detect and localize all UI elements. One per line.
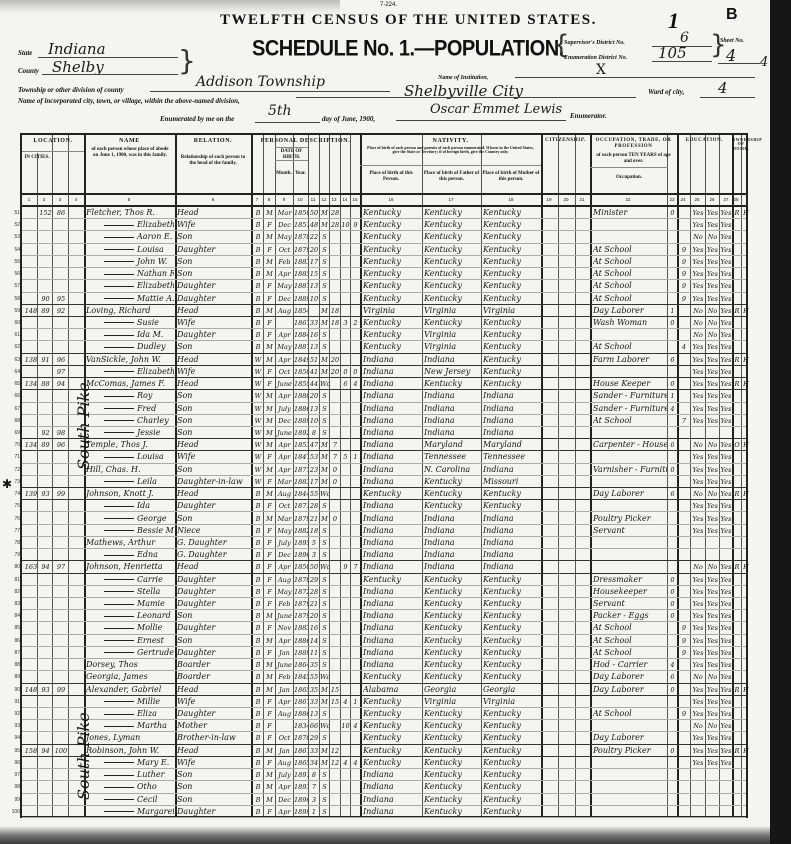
children-living-cell: 1 [351, 451, 360, 463]
relation-cell: G. Daughter [177, 537, 250, 549]
read-cell: No [691, 671, 705, 683]
relation-cell: Son [177, 415, 250, 427]
ward-underline [700, 97, 755, 98]
write-cell: Yes [706, 268, 719, 280]
occupation-cell: Minister [593, 207, 667, 219]
sex-cell: M [264, 439, 275, 451]
in-cities-header: IN CITIES. [22, 155, 52, 161]
write-cell: Yes [706, 403, 719, 415]
name-cell: Carrie [86, 574, 174, 586]
school-cell: 9 [678, 622, 690, 634]
relation-cell: Daughter [177, 244, 250, 256]
birth-cell: Indiana [363, 415, 421, 427]
sex-cell: F [264, 696, 275, 708]
table-row: 5115286Fletcher, Thos R.HeadBMMar185050M… [22, 207, 746, 219]
house-cell: 148 [24, 684, 38, 696]
mother-cell: Kentucky [483, 635, 540, 647]
relation-cell: Son [177, 635, 250, 647]
line-number: 76 [8, 516, 20, 522]
name-cell: Aaron E. [86, 231, 174, 243]
unemployed-cell: 6 [668, 354, 677, 366]
year-cell: 1879 [294, 598, 308, 610]
english-cell: Yes [720, 513, 732, 525]
month-cell: May [276, 280, 293, 292]
ditto-dash [104, 261, 134, 262]
read-cell: No [691, 488, 705, 500]
sex-cell: F [264, 329, 275, 341]
sex-cell: M [264, 745, 275, 757]
table-row: 91MillieWifeBFApr186733M1541KentuckyVirg… [22, 696, 746, 708]
column-number: 21 [577, 197, 587, 202]
birth-cell: Indiana [363, 403, 421, 415]
sex-cell: F [264, 244, 275, 256]
month-cell: Oct [276, 366, 293, 378]
english-cell: Yes [720, 439, 732, 451]
birth-cell: Indiana [363, 378, 421, 390]
color-cell: B [253, 757, 263, 769]
name-cell: Otho [86, 781, 174, 793]
birth-cell: Indiana [363, 537, 421, 549]
english-cell: Yes [720, 207, 732, 219]
marital-cell: M [320, 757, 329, 769]
line-number: 86 [8, 638, 20, 644]
color-cell: W [253, 403, 263, 415]
person-name: Elizabeth [137, 281, 174, 290]
birth-cell: Kentucky [363, 574, 421, 586]
month-cell: Mar [276, 476, 293, 488]
person-name: George [137, 514, 167, 523]
month-cell: Aug [276, 488, 293, 500]
person-name: Margaret [137, 807, 174, 816]
children-born-cell: 4 [341, 696, 350, 708]
age-cell: 16 [309, 622, 319, 634]
children-born-cell: 10 [341, 219, 350, 231]
age-cell: 20 [309, 390, 319, 402]
table-row: 6497Elizabeth E.WifeWFOct185841M2000Indi… [22, 366, 746, 378]
sex-cell: F [264, 757, 275, 769]
relation-cell: Daughter [177, 329, 250, 341]
relation-cell: Head [177, 354, 250, 366]
name-cell: Louisa [86, 244, 174, 256]
person-name: Ernest [137, 636, 164, 645]
year-cell: 1892 [294, 427, 308, 439]
table-row: 89Georgia, JamesBoarderBMFeb184555WdKent… [22, 671, 746, 683]
color-cell: B [253, 794, 263, 806]
line-number: 68 [8, 418, 20, 424]
name-cell: Louisa [86, 451, 174, 463]
sex-cell: M [264, 305, 275, 317]
sex-cell: M [264, 268, 275, 280]
years-married-cell: 15 [330, 696, 340, 708]
marital-cell: S [320, 635, 329, 647]
age-cell: 55 [309, 671, 319, 683]
relation-cell: Daughter [177, 574, 250, 586]
color-cell: W [253, 427, 263, 439]
father-cell: Indiana [424, 403, 480, 415]
age-cell: 22 [309, 231, 319, 243]
unemployed-cell: 0 [668, 574, 677, 586]
color-cell: B [253, 537, 263, 549]
occupation-cell: Dressmaker [593, 574, 667, 586]
nativity-desc: Place of birth of each person and parent… [364, 146, 537, 155]
write-cell: Yes [706, 500, 719, 512]
school-cell: 7 [678, 415, 690, 427]
occupation-cell: At School [593, 635, 667, 647]
marital-cell: Wd [320, 378, 329, 390]
father-cell: Indiana [424, 415, 480, 427]
write-cell: Yes [706, 219, 719, 231]
person-name: Carrie [137, 575, 163, 584]
unemployed-cell: 6 [668, 488, 677, 500]
marital-cell: M [320, 305, 329, 317]
english-cell: Yes [720, 757, 732, 769]
mother-cell: Kentucky [483, 488, 540, 500]
column-number: 1 [24, 197, 34, 202]
marital-cell: S [320, 732, 329, 744]
relation-cell: Wife [177, 366, 250, 378]
write-cell: Yes [706, 354, 719, 366]
birth-cell: Indiana [363, 659, 421, 671]
ditto-dash [104, 249, 134, 250]
color-cell: B [253, 598, 263, 610]
birth-cell: Indiana [363, 366, 421, 378]
census-page: 7-224. TWELFTH CENSUS OF THE UNITED STAT… [0, 0, 770, 844]
birth-cell: Indiana [363, 635, 421, 647]
line-number: 83 [8, 601, 20, 607]
county-underline [42, 74, 178, 75]
father-cell: New Jersey [424, 366, 480, 378]
occupation-cell: Varnisher - Furniture [593, 464, 667, 476]
owned-cell: R [733, 745, 741, 757]
institution-value: X [596, 62, 606, 78]
school-cell: 9 [678, 293, 690, 305]
birth-cell: Kentucky [363, 280, 421, 292]
color-cell: B [253, 280, 263, 292]
line-number: 70 [8, 442, 20, 448]
marital-cell: M [320, 684, 329, 696]
read-cell: Yes [691, 757, 705, 769]
english-cell: Yes [720, 317, 732, 329]
relation-cell: Brother-in-law [177, 732, 250, 744]
name-cell: Leila [86, 476, 174, 488]
years-married-cell: 15 [330, 684, 340, 696]
ditto-dash [104, 811, 134, 812]
mother-cell: Kentucky [483, 574, 540, 586]
father-cell: Kentucky [424, 598, 480, 610]
marital-cell: S [320, 549, 329, 561]
person-name: Elizabeth [137, 220, 174, 229]
marital-cell: M [320, 207, 329, 219]
month-cell: Feb [276, 671, 293, 683]
person-name: Millie [137, 697, 160, 706]
english-cell: Yes [720, 293, 732, 305]
enumerator-name: Oscar Emmet Lewis [430, 102, 562, 117]
age-cell: 20 [309, 610, 319, 622]
color-cell: W [253, 451, 263, 463]
write-cell: Yes [706, 415, 719, 427]
school-cell: 9 [678, 280, 690, 292]
english-cell: Yes [720, 464, 732, 476]
year-cell: 1865 [294, 684, 308, 696]
marital-cell: S [320, 500, 329, 512]
line-number: 72 [8, 467, 20, 473]
age-cell: 50 [309, 561, 319, 573]
sex-cell: F [264, 549, 275, 561]
family-cell: 99 [54, 488, 68, 500]
write-cell: Yes [706, 610, 719, 622]
column-number: 18 [506, 197, 516, 202]
owned-cell: R [733, 561, 741, 573]
line-number: 84 [8, 613, 20, 619]
enumerated-prefix: Enumerated by me on the [160, 115, 234, 123]
occupation-cell: Sander - Furniture [593, 390, 667, 402]
person-name: Dudley [137, 342, 166, 351]
mother-cell: Kentucky [483, 586, 540, 598]
age-cell: 14 [309, 635, 319, 647]
column-number: 12 [319, 197, 329, 202]
mother-cell: Indiana [483, 549, 540, 561]
sex-cell: M [264, 684, 275, 696]
scan-right-edge [770, 0, 791, 844]
table-row: 84LeonardSonBMJune187920SIndianaKentucky… [22, 610, 746, 622]
month-cell: Jan [276, 684, 293, 696]
marital-cell: S [320, 268, 329, 280]
person-name: Nathan R. [137, 269, 174, 278]
school-cell: 9 [678, 244, 690, 256]
birth-cell: Indiana [363, 561, 421, 573]
line-number: 82 [8, 589, 20, 595]
age-cell: 11 [309, 647, 319, 659]
house-cell: 138 [24, 354, 38, 366]
mother-cell: Maryland [483, 439, 540, 451]
sex-cell: M [264, 341, 275, 353]
sex-cell: F [264, 586, 275, 598]
marital-cell: S [320, 280, 329, 292]
color-cell: B [253, 635, 263, 647]
table-row: 82StellaDaughterBFMay187228SIndianaKentu… [22, 586, 746, 598]
brace: } [178, 44, 196, 77]
birth-person-header: Place of birth of this Person. [362, 171, 420, 182]
family-cell: 100 [54, 745, 68, 757]
dwelling-cell: 89 [39, 305, 52, 317]
mother-cell: Kentucky [483, 244, 540, 256]
table-row: 68CharleySonWMDec188910SIndianaIndianaIn… [22, 415, 746, 427]
marital-cell: M [320, 513, 329, 525]
ditto-dash [104, 652, 134, 653]
father-cell: Kentucky [424, 500, 480, 512]
dwelling-cell: 94 [39, 561, 52, 573]
marital-cell: S [320, 231, 329, 243]
relation-cell: Head [177, 207, 250, 219]
color-cell: W [253, 378, 263, 390]
ditto-dash [104, 701, 134, 702]
month-cell: Apr [276, 390, 293, 402]
mother-cell: Indiana [483, 403, 540, 415]
marital-cell: S [320, 244, 329, 256]
name-cell: Roy [86, 390, 174, 402]
family-cell: 95 [54, 293, 68, 305]
line-number: 60 [8, 320, 20, 326]
father-cell: Kentucky [424, 256, 480, 268]
sex-cell: M [264, 403, 275, 415]
write-cell: No [706, 305, 719, 317]
sex-cell: M [264, 464, 275, 476]
write-cell: Yes [706, 757, 719, 769]
read-cell: Yes [691, 525, 705, 537]
marital-cell: S [320, 610, 329, 622]
ditto-dash [104, 347, 134, 348]
month-cell: Apr [276, 451, 293, 463]
father-cell: Kentucky [424, 708, 480, 720]
table-row: 60SusieWifeBF186733M1832KentuckyKentucky… [22, 317, 746, 329]
year-cell: 1886 [294, 403, 308, 415]
sex-cell: M [264, 231, 275, 243]
marital-cell: S [320, 427, 329, 439]
occupation-header: OCCUPATION, TRADE, OR PROFESSION [590, 138, 677, 149]
page-mark: 1 [668, 8, 679, 34]
father-cell: Kentucky [424, 622, 480, 634]
month-cell: June [276, 427, 293, 439]
write-cell: Yes [706, 586, 719, 598]
name-cell: Ida [86, 500, 174, 512]
column-number: 26 [707, 197, 717, 202]
write-cell: Yes [706, 390, 719, 402]
children-born-cell: 4 [341, 757, 350, 769]
line-number: 92 [8, 711, 20, 717]
marital-cell: S [320, 781, 329, 793]
school-cell: 9 [678, 647, 690, 659]
name-cell: Mollie [86, 622, 174, 634]
month-cell: Apr [276, 635, 293, 647]
school-cell: 9 [678, 708, 690, 720]
column-number: 27 [721, 197, 731, 202]
sex-cell: M [264, 794, 275, 806]
birth-cell: Kentucky [363, 696, 421, 708]
father-cell: Indiana [424, 561, 480, 573]
name-cell: Alexander, Gabriel [86, 684, 174, 696]
farm-cell: H [742, 561, 750, 573]
unemployed-cell: 0 [668, 586, 677, 598]
father-cell: Tennessee [424, 451, 480, 463]
ditto-dash [104, 714, 134, 715]
year-cell: 1871 [294, 500, 308, 512]
marital-cell: S [320, 256, 329, 268]
age-cell: 17 [309, 476, 319, 488]
father-cell: Kentucky [424, 586, 480, 598]
year-cell: 1879 [294, 513, 308, 525]
year-header: Year. [293, 171, 308, 177]
month-cell: Apr [276, 696, 293, 708]
family-cell: 99 [54, 684, 68, 696]
father-cell: Georgia [424, 684, 480, 696]
read-cell: Yes [691, 219, 705, 231]
color-cell: B [253, 671, 263, 683]
marital-cell: Wd [320, 561, 329, 573]
ditto-dash [104, 555, 134, 556]
read-cell: Yes [691, 708, 705, 720]
unemployed-cell: 0 [668, 598, 677, 610]
line-number: 61 [8, 332, 20, 338]
line-number: 94 [8, 735, 20, 741]
table-row: 9515894100Robinson, John W.HeadBMJan1867… [22, 745, 746, 757]
name-cell: Martha [86, 720, 174, 732]
column-number: 4 [71, 197, 81, 202]
person-name: Mollie [137, 623, 162, 632]
column-number: 11 [308, 197, 318, 202]
table-row: 77Bessie M.NieceBFMay188218SIndianaIndia… [22, 525, 746, 537]
table-row: 76GeorgeSonBMMar187921M0IndianaIndianaIn… [22, 513, 746, 525]
month-cell: Aug [276, 757, 293, 769]
month-cell: May [276, 231, 293, 243]
write-cell: Yes [706, 696, 719, 708]
age-cell: 21 [309, 598, 319, 610]
street-label-1: South Pike [74, 382, 93, 470]
mother-cell: Kentucky [483, 219, 540, 231]
year-cell: 1879 [294, 244, 308, 256]
age-cell: 50 [309, 207, 319, 219]
column-number: 22 [623, 197, 633, 202]
month-cell: Apr [276, 806, 293, 818]
citizenship-header: CITIZENSHIP. [541, 138, 590, 144]
farm-cell: H [742, 378, 750, 390]
name-cell: Luther [86, 769, 174, 781]
line-number: 57 [8, 283, 20, 289]
column-number: 25 [692, 197, 702, 202]
year-cell: 1850 [294, 207, 308, 219]
year-cell: 1883 [294, 622, 308, 634]
owned-cell: R [733, 207, 741, 219]
name-cell: Loving, Richard [86, 305, 174, 317]
english-cell: Yes [720, 586, 732, 598]
relation-cell: Wife [177, 219, 250, 231]
table-row: 631389196VanSickle, John W.HeadWMApr1849… [22, 354, 746, 366]
line-number: 51 [8, 210, 20, 216]
relation-cell: G. Daughter [177, 549, 250, 561]
line-number: 97 [8, 772, 20, 778]
write-cell: Yes [706, 574, 719, 586]
year-cell: 1847 [294, 451, 308, 463]
dwelling-cell: 88 [39, 378, 52, 390]
name-cell: Susie [86, 317, 174, 329]
column-number: 17 [446, 197, 456, 202]
person-name: Otho [137, 782, 157, 791]
birth-cell: Virginia [363, 305, 421, 317]
father-cell: Kentucky [424, 268, 480, 280]
read-cell: Yes [691, 280, 705, 292]
farm-cell: H [742, 684, 750, 696]
relation-cell: Son [177, 464, 250, 476]
name-cell: Jones, Lyman [86, 732, 174, 744]
marital-cell: S [320, 586, 329, 598]
marital-cell: S [320, 537, 329, 549]
month-cell: Dec [276, 794, 293, 806]
relation-cell: Son [177, 427, 250, 439]
sex-cell: M [264, 781, 275, 793]
house-cell: 139 [24, 488, 38, 500]
column-number: 6 [208, 197, 218, 202]
table-row: 62DudleySonBMMay188713SKentuckyVirginiaK… [22, 341, 746, 353]
table-row: 61Ida M.DaughterBFApr188416SKentuckyVirg… [22, 329, 746, 341]
institution-label: Name of Institution, [438, 75, 488, 81]
table-row: 57ElizabethDaughterBFMay188713SKentuckyK… [22, 280, 746, 292]
district-brace-right: } [710, 30, 727, 60]
english-cell: Yes [720, 390, 732, 402]
year-cell: 1899 [294, 806, 308, 818]
english-cell: Yes [720, 305, 732, 317]
read-cell: Yes [691, 366, 705, 378]
relation-cell: Daughter [177, 280, 250, 292]
township-underline [150, 91, 390, 92]
